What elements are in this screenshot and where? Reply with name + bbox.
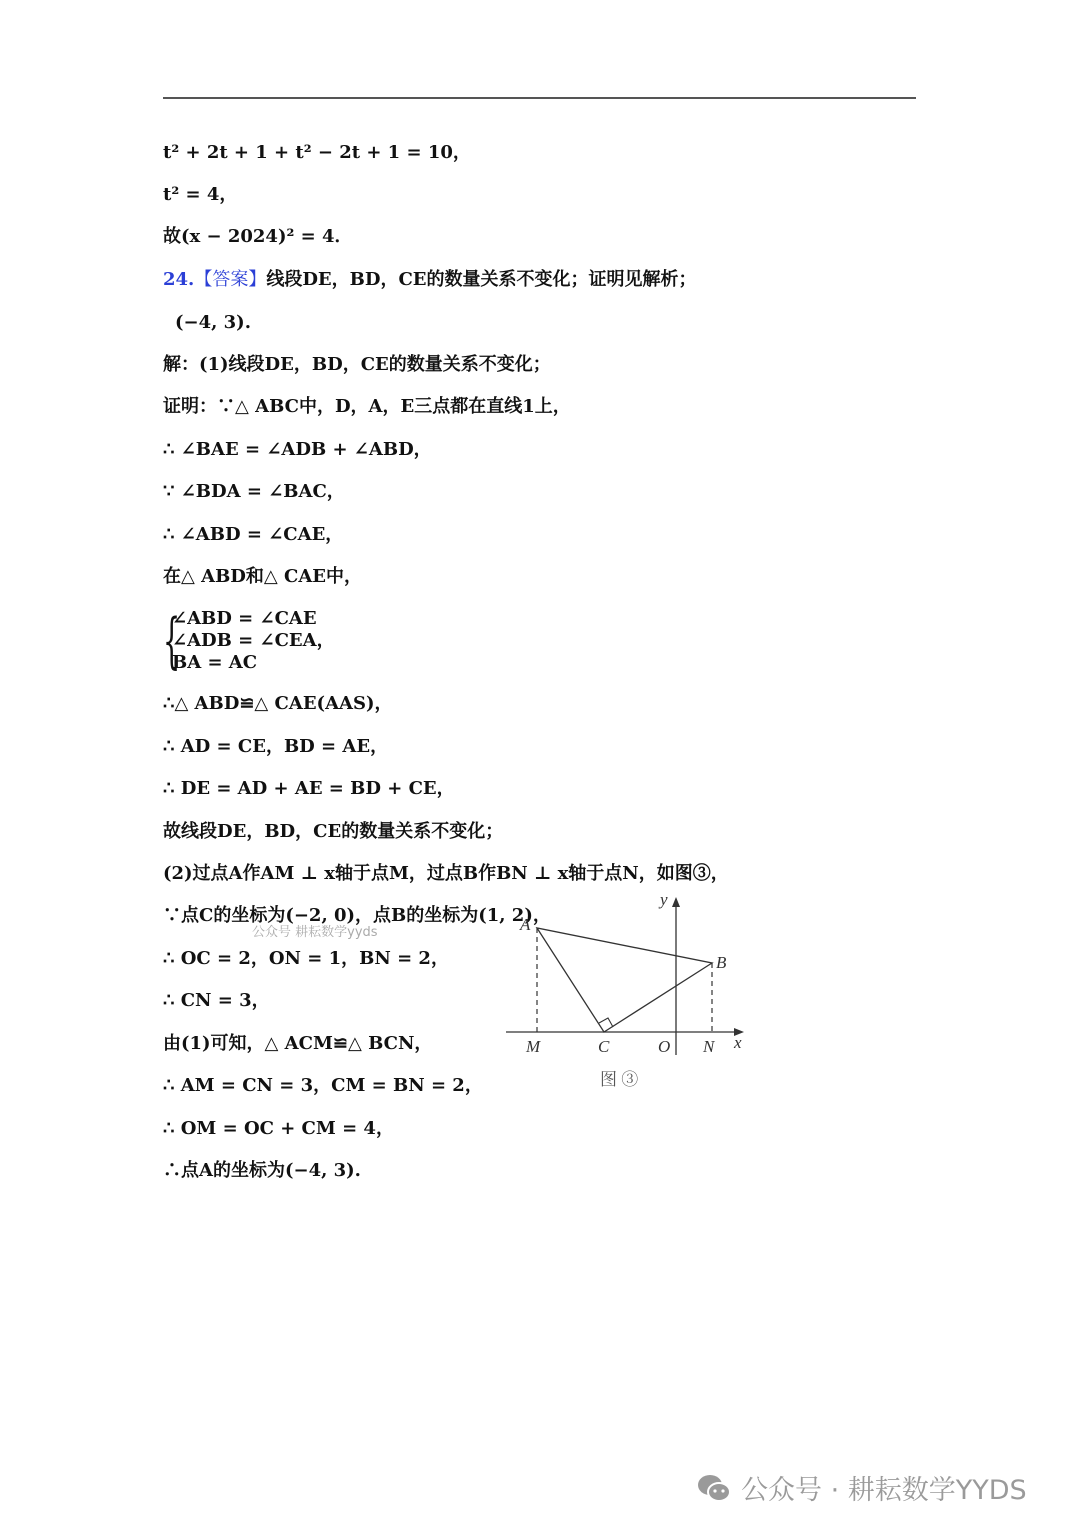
footer-text: 公众号 · 耕耘数学YYDS bbox=[741, 1468, 1027, 1507]
solution-line: ∴ OM = OC + CM = 4， bbox=[163, 1118, 394, 1140]
header-rule bbox=[163, 97, 916, 99]
wechat-icon bbox=[697, 1473, 731, 1503]
equation-system: { ∠ABD = ∠CAE ∠ADB = ∠CEA， BA = AC bbox=[163, 608, 335, 674]
label-y: y bbox=[658, 890, 668, 909]
solution-line: ∴ CN = 3， bbox=[163, 990, 270, 1012]
label-n: N bbox=[702, 1037, 716, 1056]
solution-line: 解：(1)线段DE，BD，CE的数量关系不变化； bbox=[163, 354, 551, 376]
label-m: M bbox=[525, 1037, 541, 1056]
answer-text: 线段DE，BD，CE的数量关系不变化；证明见解析； bbox=[266, 269, 696, 290]
label-c: C bbox=[598, 1037, 610, 1056]
label-a: A bbox=[519, 915, 531, 934]
question-number: 24. bbox=[163, 269, 194, 290]
solution-line: 证明：∵△ ABC中，D，A，E三点都在直线1上， bbox=[163, 396, 571, 418]
equation-line: t² + 2t + 1 + t² − 2t + 1 = 10， bbox=[163, 142, 471, 164]
equation-line: t² = 4， bbox=[163, 184, 237, 206]
solution-line: ∴ OC = 2，ON = 1，BN = 2， bbox=[163, 948, 449, 970]
system-row: ∠ABD = ∠CAE bbox=[172, 608, 335, 630]
label-x: x bbox=[733, 1033, 742, 1052]
solution-line: ∴ AD = CE，BD = AE， bbox=[163, 736, 388, 758]
label-b: B bbox=[716, 953, 727, 972]
solution-line: ∴ DE = AD + AE = BD + CE， bbox=[163, 778, 455, 800]
solution-line: 由(1)可知，△ ACM≌△ BCN， bbox=[163, 1033, 432, 1055]
solution-line: (2)过点A作AM ⊥ x轴于点M，过点B作BN ⊥ x轴于点N，如图③， bbox=[163, 863, 729, 885]
solution-line: ∴ ∠BAE = ∠ADB + ∠ABD， bbox=[163, 439, 432, 461]
system-row: ∠ADB = ∠CEA， bbox=[172, 630, 335, 652]
brace-icon: { bbox=[163, 608, 180, 674]
answer-line: 24.【答案】线段DE，BD，CE的数量关系不变化；证明见解析； bbox=[163, 269, 697, 291]
footer-account: 公众号 · 耕耘数学YYDS bbox=[697, 1468, 1027, 1507]
answer-second: (−4, 3). bbox=[175, 312, 251, 334]
solution-line: ∵ ∠BDA = ∠BAC， bbox=[163, 481, 345, 503]
solution-line: ∴ ∠ABD = ∠CAE， bbox=[163, 524, 343, 546]
solution-line: ∴△ ABD≌△ CAE(AAS)， bbox=[163, 693, 393, 715]
figure-caption: 图 ③ bbox=[600, 1070, 638, 1089]
solution-line: 在△ ABD和△ CAE中， bbox=[163, 566, 362, 588]
equation-line: 故(x − 2024)² = 4． bbox=[163, 226, 353, 248]
answer-tag: 【答案】 bbox=[194, 269, 266, 290]
label-o: O bbox=[658, 1037, 670, 1056]
geometry-figure: A B M C O N x y 图 ③ bbox=[500, 885, 760, 1099]
solution-line: ∴ AM = CN = 3，CM = BN = 2， bbox=[163, 1075, 483, 1097]
solution-line: 故线段DE，BD，CE的数量关系不变化； bbox=[163, 821, 503, 843]
watermark: 公众号 耕耘数学yyds bbox=[252, 921, 378, 940]
solution-line: ∴点A的坐标为(−4, 3). bbox=[163, 1160, 361, 1182]
system-row: BA = AC bbox=[172, 652, 335, 674]
